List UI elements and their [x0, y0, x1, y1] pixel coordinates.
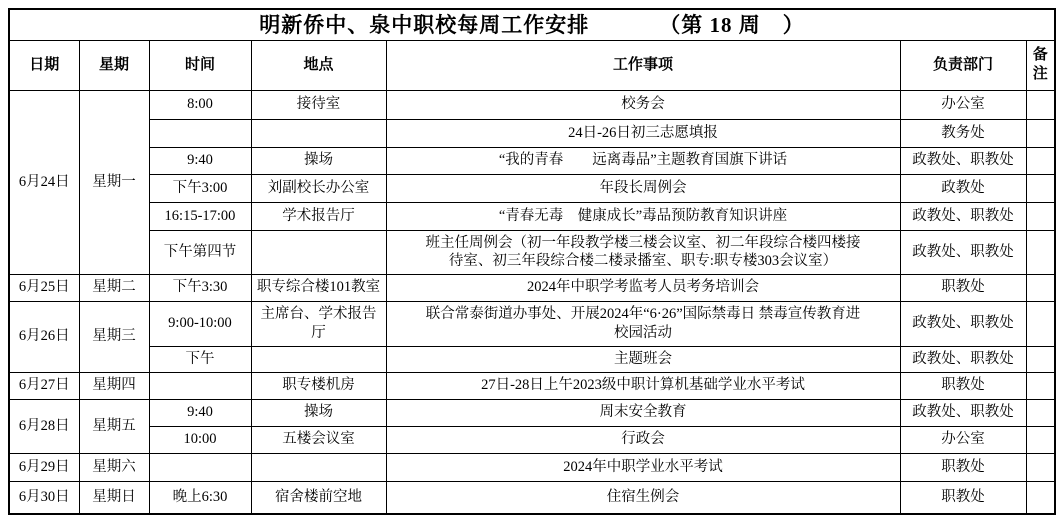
table-row: 6月24日 星期一 8:00 接待室 校务会 办公室	[9, 90, 1055, 119]
cell-place: 学术报告厅	[251, 202, 386, 230]
cell-task: 24日-26日初三志愿填报	[386, 119, 900, 147]
table-row: 6月27日 星期四 职专楼机房 27日-28日上午2023级中职计算机基础学业水…	[9, 372, 1055, 399]
cell-date: 6月24日	[9, 90, 79, 274]
cell-date: 6月28日	[9, 399, 79, 453]
cell-time: 9:00-10:00	[149, 301, 251, 346]
cell-day: 星期日	[79, 481, 149, 514]
table-row: 下午第四节 班主任周例会（初一年段教学楼三楼会议室、初二年段综合楼四楼接待室、初…	[9, 230, 1055, 274]
cell-time: 下午3:00	[149, 174, 251, 202]
cell-task: 行政会	[386, 426, 900, 453]
header-note: 备注	[1026, 40, 1055, 90]
cell-time: 8:00	[149, 90, 251, 119]
header-dept: 负责部门	[900, 40, 1026, 90]
cell-dept: 办公室	[900, 426, 1026, 453]
cell-place: 职专楼机房	[251, 372, 386, 399]
cell-place: 刘副校长办公室	[251, 174, 386, 202]
cell-time	[149, 119, 251, 147]
cell-day: 星期三	[79, 301, 149, 372]
cell-task: “青春无毒 健康成长”毒品预防教育知识讲座	[386, 202, 900, 230]
cell-task: 校务会	[386, 90, 900, 119]
cell-date: 6月29日	[9, 453, 79, 481]
cell-place: 主席台、学术报告厅	[251, 301, 386, 346]
cell-task: “我的青春 远离毒品”主题教育国旗下讲话	[386, 147, 900, 174]
table-row: 6月28日 星期五 9:40 操场 周末安全教育 政教处、职教处	[9, 399, 1055, 426]
cell-dept: 政教处、职教处	[900, 346, 1026, 372]
cell-dept: 政教处、职教处	[900, 301, 1026, 346]
cell-time: 下午3:30	[149, 274, 251, 301]
table-row: 6月29日 星期六 2024年中职学业水平考试 职教处	[9, 453, 1055, 481]
cell-dept: 教务处	[900, 119, 1026, 147]
cell-place: 接待室	[251, 90, 386, 119]
cell-dept: 职教处	[900, 274, 1026, 301]
cell-time	[149, 453, 251, 481]
cell-place: 操场	[251, 399, 386, 426]
title-row: 明新侨中、泉中职校每周工作安排（第 18 周 ）	[9, 9, 1055, 40]
cell-dept: 政教处、职教处	[900, 230, 1026, 274]
cell-task: 主题班会	[386, 346, 900, 372]
cell-task: 联合常泰街道办事处、开展2024年“6·26”国际禁毒日 禁毒宣传教育进校园活动	[386, 301, 900, 346]
cell-note	[1026, 399, 1055, 426]
cell-task: 班主任周例会（初一年段教学楼三楼会议室、初二年段综合楼四楼接待室、初三年段综合楼…	[386, 230, 900, 274]
cell-note	[1026, 346, 1055, 372]
cell-dept: 政教处、职教处	[900, 147, 1026, 174]
cell-task: 住宿生例会	[386, 481, 900, 514]
cell-note	[1026, 481, 1055, 514]
cell-time: 16:15-17:00	[149, 202, 251, 230]
cell-day: 星期二	[79, 274, 149, 301]
table-row: 10:00 五楼会议室 行政会 办公室	[9, 426, 1055, 453]
cell-note	[1026, 147, 1055, 174]
cell-time: 9:40	[149, 147, 251, 174]
cell-day: 星期五	[79, 399, 149, 453]
cell-task: 年段长周例会	[386, 174, 900, 202]
cell-dept: 政教处、职教处	[900, 202, 1026, 230]
cell-time: 下午第四节	[149, 230, 251, 274]
table-row: 9:40 操场 “我的青春 远离毒品”主题教育国旗下讲话 政教处、职教处	[9, 147, 1055, 174]
cell-day: 星期一	[79, 90, 149, 274]
cell-day: 星期六	[79, 453, 149, 481]
cell-time: 9:40	[149, 399, 251, 426]
cell-date: 6月27日	[9, 372, 79, 399]
table-row: 6月25日 星期二 下午3:30 职专综合楼101教室 2024年中职学考监考人…	[9, 274, 1055, 301]
cell-place: 职专综合楼101教室	[251, 274, 386, 301]
cell-task: 27日-28日上午2023级中职计算机基础学业水平考试	[386, 372, 900, 399]
cell-dept: 办公室	[900, 90, 1026, 119]
title-school: 明新侨中、泉中职校每周工作安排	[259, 13, 589, 37]
table-row: 16:15-17:00 学术报告厅 “青春无毒 健康成长”毒品预防教育知识讲座 …	[9, 202, 1055, 230]
cell-place	[251, 119, 386, 147]
cell-note	[1026, 274, 1055, 301]
header-row: 日期 星期 时间 地点 工作事项 负责部门 备注	[9, 40, 1055, 90]
cell-place: 操场	[251, 147, 386, 174]
cell-note	[1026, 119, 1055, 147]
cell-day: 星期四	[79, 372, 149, 399]
cell-dept: 职教处	[900, 453, 1026, 481]
cell-place	[251, 230, 386, 274]
cell-place: 五楼会议室	[251, 426, 386, 453]
cell-place	[251, 346, 386, 372]
page-title: 明新侨中、泉中职校每周工作安排（第 18 周 ）	[9, 9, 1055, 40]
header-day: 星期	[79, 40, 149, 90]
cell-note	[1026, 453, 1055, 481]
cell-note	[1026, 426, 1055, 453]
cell-date: 6月26日	[9, 301, 79, 372]
weekly-schedule-table: 明新侨中、泉中职校每周工作安排（第 18 周 ） 日期 星期 时间 地点 工作事…	[8, 8, 1056, 515]
cell-dept: 政教处、职教处	[900, 399, 1026, 426]
cell-date: 6月30日	[9, 481, 79, 514]
table-row: 24日-26日初三志愿填报 教务处	[9, 119, 1055, 147]
header-time: 时间	[149, 40, 251, 90]
cell-task: 2024年中职学考监考人员考务培训会	[386, 274, 900, 301]
cell-time	[149, 372, 251, 399]
cell-dept: 职教处	[900, 481, 1026, 514]
cell-dept: 职教处	[900, 372, 1026, 399]
cell-note	[1026, 202, 1055, 230]
table-row: 6月30日 星期日 晚上6:30 宿舍楼前空地 住宿生例会 职教处	[9, 481, 1055, 514]
table-row: 下午 主题班会 政教处、职教处	[9, 346, 1055, 372]
cell-task: 周末安全教育	[386, 399, 900, 426]
cell-time: 10:00	[149, 426, 251, 453]
cell-time: 下午	[149, 346, 251, 372]
cell-note	[1026, 90, 1055, 119]
cell-note	[1026, 230, 1055, 274]
header-date: 日期	[9, 40, 79, 90]
cell-dept: 政教处	[900, 174, 1026, 202]
cell-note	[1026, 174, 1055, 202]
cell-date: 6月25日	[9, 274, 79, 301]
title-week: （第 18 周 ）	[659, 13, 805, 37]
cell-note	[1026, 301, 1055, 346]
cell-place	[251, 453, 386, 481]
cell-time: 晚上6:30	[149, 481, 251, 514]
table-row: 6月26日 星期三 9:00-10:00 主席台、学术报告厅 联合常泰街道办事处…	[9, 301, 1055, 346]
cell-task: 2024年中职学业水平考试	[386, 453, 900, 481]
header-task: 工作事项	[386, 40, 900, 90]
cell-note	[1026, 372, 1055, 399]
table-row: 下午3:00 刘副校长办公室 年段长周例会 政教处	[9, 174, 1055, 202]
header-place: 地点	[251, 40, 386, 90]
cell-place: 宿舍楼前空地	[251, 481, 386, 514]
